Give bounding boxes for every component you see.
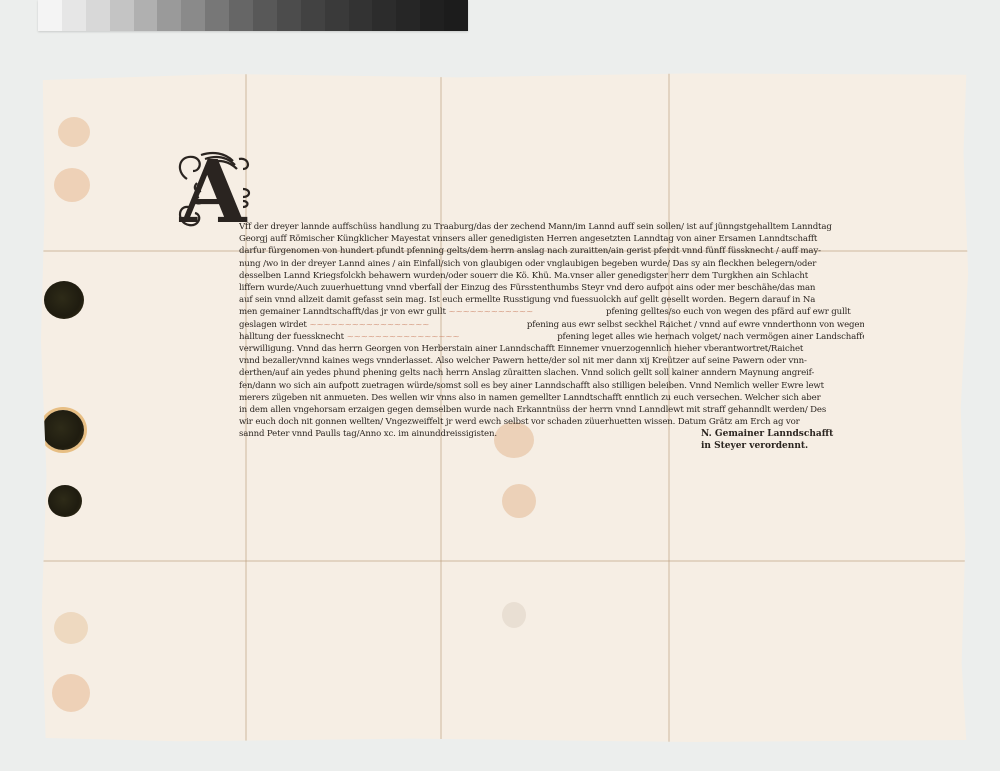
text-line: darfur fürgenomen von hundert pfundt pfe…	[239, 245, 864, 257]
stain	[52, 674, 90, 712]
calibration-swatch	[372, 0, 396, 31]
wax-seal	[48, 485, 82, 517]
text-line: verwilligung. Vnnd das herrn Georgen von…	[239, 343, 864, 355]
calibration-swatch	[325, 0, 349, 31]
manuscript-insertion: ~~~~~~~~~~~~	[448, 306, 603, 318]
text-line: liffern wurde/Auch zuuerhuettung vnnd vb…	[239, 282, 864, 294]
calibration-swatch	[38, 0, 62, 31]
text-line: men gemainer Lanndtschafft/das jr von ew…	[239, 306, 864, 318]
signature-block: N. Gemainer Lanndschafft in Steyer veror…	[701, 428, 881, 452]
wax-seal	[44, 281, 84, 319]
text-fragment: halltung der fuessknecht	[239, 332, 344, 342]
text-line: halltung der fuessknecht ~~~~~~~~~~~~~~~…	[239, 331, 864, 343]
text-line: Georgj auff Römischer Küngklicher Mayest…	[239, 233, 864, 245]
calibration-swatch	[86, 0, 110, 31]
text-line: vnnd bezaller/vnnd kaines wegs vnnderlas…	[239, 355, 864, 367]
calibration-swatch	[420, 0, 444, 31]
calibration-swatch	[253, 0, 277, 31]
calibration-swatch	[110, 0, 134, 31]
stain	[502, 484, 536, 518]
calibration-swatch	[277, 0, 301, 31]
calibration-swatch	[205, 0, 229, 31]
text-line: auf sein vnnd allzeit damit gefasst sein…	[239, 294, 864, 306]
text-fragment: men gemainer Lanndtschafft/das jr von ew…	[239, 307, 446, 317]
manuscript-insertion: ~~~~~~~~~~~~~~~~	[347, 331, 555, 343]
signature-line: N. Gemainer Lanndschafft	[701, 428, 881, 440]
text-line: nung /wo in der dreyer Lannd aines / ain…	[239, 258, 864, 270]
calibration-swatch	[229, 0, 253, 31]
stain	[54, 612, 88, 644]
text-line: fen/dann wo sich ain aufpott zuetragen w…	[239, 380, 864, 392]
text-line: merers zügeben nit anmueten. Des wellen …	[239, 392, 864, 404]
stain	[58, 117, 90, 147]
text-fragment: pfening aus ewr selbst seckhel Raichet /…	[527, 320, 864, 330]
calibration-swatch	[62, 0, 86, 31]
calibration-swatch	[157, 0, 181, 31]
calibration-swatch	[444, 0, 468, 31]
manuscript-insertion: ~~~~~~~~~~~~~~~~~	[309, 319, 524, 331]
text-line: desselben Lannd Kriegsfolckh behawern wu…	[239, 270, 864, 282]
stain	[54, 168, 90, 202]
calibration-swatch	[134, 0, 158, 31]
text-line: wir euch doch nit gonnen wellten/ Vngezw…	[239, 416, 864, 428]
text-line: Vff der dreyer lannde auffschüss handlun…	[239, 221, 864, 233]
text-fragment: geslagen wirdet	[239, 320, 307, 330]
stain	[502, 602, 526, 628]
color-calibration-bar	[38, 0, 468, 31]
text-fragment: pfening gelltes/so euch von wegen des pf…	[606, 307, 851, 317]
text-line: in dem allen vngehorsam erzaigen gegen d…	[239, 404, 864, 416]
document-sheet: A Vff der dreyer lannde auffschüss handl…	[40, 72, 970, 744]
wax-seal	[42, 410, 84, 450]
text-line: geslagen wirdet ~~~~~~~~~~~~~~~~~ pfenin…	[239, 319, 864, 331]
calibration-swatch	[349, 0, 373, 31]
calibration-swatch	[181, 0, 205, 31]
signature-line: in Steyer verordennt.	[701, 440, 881, 452]
fold-line	[40, 560, 970, 562]
text-line: derthen/auf ain yedes phund phening gelt…	[239, 367, 864, 379]
calibration-swatch	[301, 0, 325, 31]
text-fragment: pfening leget alles wie hernach volget/ …	[557, 332, 864, 342]
decree-body-text: Vff der dreyer lannde auffschüss handlun…	[239, 221, 864, 441]
calibration-swatch	[396, 0, 420, 31]
